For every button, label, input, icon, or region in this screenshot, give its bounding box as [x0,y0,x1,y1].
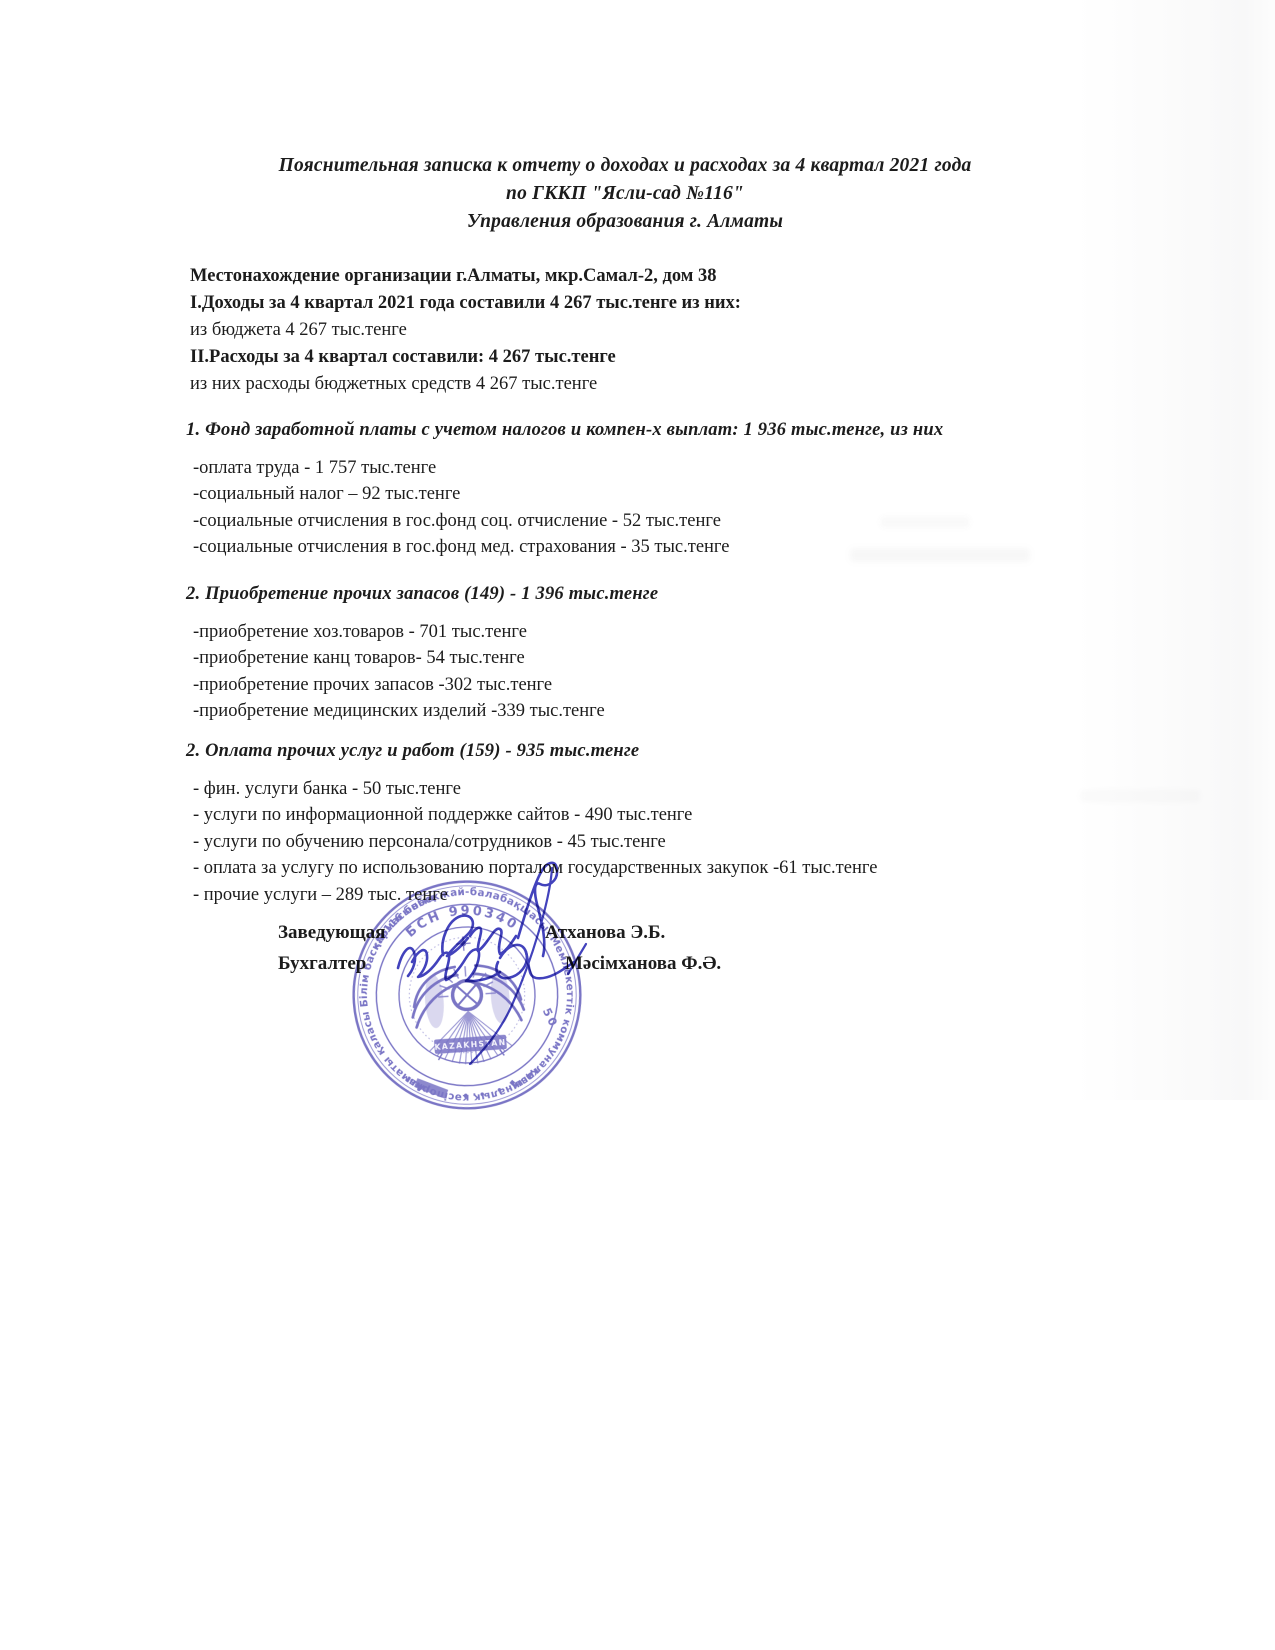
stamp-outer-inner-circle [350,878,583,1111]
signer-name: Атханова Э.Б. [545,922,665,944]
section-heading: 1. Фонд заработной платы с учетом налого… [186,417,1176,444]
expense-item: - услуги по обучению персонала/сотрудник… [186,829,1176,855]
expense-item: - прочие услуги – 289 тыс. тенге [186,882,1176,908]
title-line: по ГККП "Ясли-сад №116" [70,180,1180,208]
shanyrak-icon [452,980,483,1011]
kazakhstan-emblem: KAZAKHSTAN [394,922,539,1069]
signature-row: Заведующая Атханова Э.Б. [278,922,878,944]
title-line: Пояснительная записка к отчету о доходах… [70,152,1180,180]
stamp-bsn-fragment: 50 [540,1006,562,1031]
emblem-banner: KAZAKHSTAN [434,1035,507,1061]
tulpar-left [423,974,445,1029]
section-services: 2. Оплата прочих услуг и работ (159) - 9… [186,738,1176,908]
stamp-band-ornament [414,1071,517,1100]
income-heading-line: I.Доходы за 4 квартал 2021 года составил… [190,290,1140,317]
org-location-line: Местонахождение организации г.Алматы, мк… [190,263,1140,290]
expense-item: -приобретение канц товаров- 54 тыс.тенге [186,645,1176,671]
section-supplies: 2. Приобретение прочих запасов (149) - 1… [186,581,1176,725]
stamp-outer-circle [346,874,588,1116]
expense-item: -приобретение прочих запасов -302 тыс.те… [186,672,1176,698]
scanned-document-page: Пояснительная записка к отчету о доходах… [0,0,1275,1650]
income-detail-line: из бюджета 4 267 тыс.тенге [190,317,1140,344]
banner-text: KAZAKHSTAN [434,1038,506,1052]
signer-name: Мәсімханова Ф.Ә. [565,953,721,975]
expense-item: - фин. услуги банка - 50 тыс.тенге [186,776,1176,802]
section-payroll: 1. Фонд заработной платы с учетом налого… [186,417,1176,561]
expense-item: -социальный налог – 92 тыс.тенге [186,481,1176,507]
title-line: Управления образования г. Алматы [70,208,1180,236]
stamp-ring-text-bottom: қазыналық кәсіпорны [403,1065,544,1109]
expense-item: -приобретение медицинских изделий -339 т… [186,698,1176,724]
expense-item: -социальные отчисления в гос.фонд соц. о… [186,508,1176,534]
expense-heading-line: II.Расходы за 4 квартал составили: 4 267… [190,344,1140,371]
sunburst-fan [427,1009,513,1068]
tulpar-right [489,969,511,1024]
expense-detail-line: из них расходы бюджетных средств 4 267 т… [190,371,1140,398]
signer-role: Заведующая [278,922,385,943]
tulpar-wing-left [409,967,462,1028]
intro-block: Местонахождение организации г.Алматы, мк… [190,263,1140,398]
signer-role: Бухгалтер [278,953,366,974]
section-heading: 2. Приобретение прочих запасов (149) - 1… [186,581,1176,608]
expense-item: -оплата труда - 1 757 тыс.тенге [186,455,1176,481]
signature-row: Бухгалтер Мәсімханова Ф.Ә. [278,953,878,975]
document-title: Пояснительная записка к отчету о доходах… [70,152,1180,236]
expense-item: -социальные отчисления в гос.фонд мед. с… [186,534,1176,560]
expense-item: - услуги по информационной поддержке сай… [186,802,1176,828]
section-heading: 2. Оплата прочих услуг и работ (159) - 9… [186,738,1176,765]
stamp-graphic: Алматы қаласы Білім басқармасының «№116 … [346,874,588,1116]
expense-item: -приобретение хоз.товаров - 701 тыс.тенг… [186,619,1176,645]
expense-item: - оплата за услугу по использованию порт… [186,855,1176,881]
